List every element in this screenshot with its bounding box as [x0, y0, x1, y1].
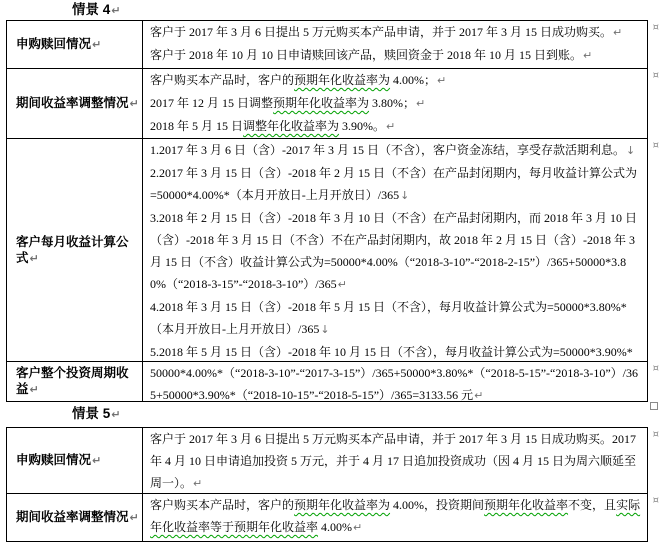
row-content-cell[interactable]: 1.2017 年 3 月 6 日（含）-2017 年 3 月 15 日（不含），…	[143, 139, 647, 361]
paragraph-mark: ↓	[399, 189, 409, 202]
text-segment: 3.80%；	[369, 96, 415, 110]
text-segment: 2.2017 年 3 月 15 日（含）-2018 年 2 月 15 日（不含）…	[150, 166, 637, 202]
text-segment: 1.2017 年 3 月 6 日（含）-2017 年 3 月 15 日（不含），…	[150, 143, 625, 157]
table-row: 客户整个投资周期收益↵50000*4.00%*（“2018-3-10”-“201…	[7, 361, 647, 401]
text-segment: 5.2018 年 5 月 15 日（含）-2018 年 10 月 15 日（不含…	[150, 345, 633, 361]
paragraph: 3.2018 年 2 月 15 日（含）-2018 年 3 月 10 日（不含）…	[150, 207, 642, 296]
row-content-cell[interactable]: 客户于 2017 年 3 月 6 日提出 5 万元购买本产品申请，并于 2017…	[143, 428, 647, 493]
text-segment: 客户于 2017 年 3 月 6 日提出 5 万元购买本产品申请，并于 2017…	[150, 25, 612, 39]
text-segment: 4.00%	[318, 520, 352, 534]
paragraph-mark: ↵	[352, 521, 362, 534]
paragraph: 客户于 2017 年 3 月 6 日提出 5 万元购买本产品申请，并于 2017…	[150, 428, 642, 493]
paragraph-mark: ↵	[110, 408, 120, 421]
paragraph-mark: ↵	[91, 38, 101, 51]
row-label-cell[interactable]: 期间收益率调整情况↵	[7, 494, 143, 541]
section-title-text: 情景 4	[72, 2, 110, 17]
paragraph-mark: ↵	[29, 252, 39, 265]
paragraph-mark: ↵	[129, 97, 139, 110]
paragraph-mark: ↵	[110, 4, 120, 17]
table-row: 申购赎回情况↵客户于 2017 年 3 月 6 日提出 5 万元购买本产品申请，…	[7, 21, 647, 68]
row-label: 期间收益率调整情况↵	[16, 509, 139, 526]
paragraph: 2017 年 12 月 15 日调整预期年化收益率为 3.80%；↵	[150, 92, 642, 115]
row-label-text: 期间收益率调整情况	[16, 96, 129, 110]
grammar-checked-text: 预期年化收益率为	[294, 498, 390, 512]
row-label: 客户整个投资周期收益↵	[16, 365, 140, 398]
paragraph: 客户于 2017 年 3 月 6 日提出 5 万元购买本产品申请，并于 2017…	[150, 21, 642, 44]
paragraph: 2.2017 年 3 月 15 日（含）-2018 年 2 月 15 日（不含）…	[150, 162, 642, 207]
end-of-row-mark: ¤	[653, 141, 659, 151]
text-segment: 4.2018 年 3 月 15 日（含）-2018 年 5 月 15 日（不含）…	[150, 300, 627, 336]
text-segment: 2017 年 12 月 15 日调整	[150, 96, 273, 110]
section-title[interactable]: 情景 4↵	[72, 2, 659, 20]
end-of-row-mark: ¤	[653, 430, 659, 440]
end-of-row-mark: ¤	[653, 23, 659, 33]
scenario-table: 申购赎回情况↵客户于 2017 年 3 月 6 日提出 5 万元购买本产品申请，…	[6, 20, 648, 402]
paragraph-mark: ↵	[29, 383, 39, 396]
paragraph-mark: ↓	[625, 144, 635, 157]
row-label-cell[interactable]: 申购赎回情况↵	[7, 428, 143, 493]
text-segment: 客户于 2018 年 10 月 10 日申请赎回该产品，赎回资金于 2018 年…	[150, 48, 582, 62]
row-label: 申购赎回情况↵	[16, 452, 101, 469]
text-segment: 4.00%，投资期间	[390, 498, 484, 512]
row-label: 期间收益率调整情况↵	[16, 95, 139, 112]
end-of-row-mark: ¤	[653, 71, 659, 81]
paragraph-mark: ↓	[319, 323, 329, 336]
text-segment: 50000*4.00%*（“2018-3-10”-“2017-3-15”）/36…	[150, 366, 638, 401]
section-title-text: 情景 5	[72, 406, 110, 421]
table-row: 期间收益率调整情况↵客户购买本产品时，客户的预期年化收益率为 4.00%，投资期…	[7, 493, 647, 541]
paragraph-mark: ↵	[582, 49, 592, 62]
paragraph: 5.2018 年 5 月 15 日（含）-2018 年 10 月 15 日（不含…	[150, 341, 642, 361]
section-title[interactable]: 情景 5↵	[72, 406, 659, 424]
table-row: 申购赎回情况↵客户于 2017 年 3 月 6 日提出 5 万元购买本产品申请，…	[7, 428, 647, 493]
paragraph: 客户购买本产品时，客户的预期年化收益率为 4.00%；↵	[150, 69, 642, 92]
row-label: 客户每月收益计算公式↵	[16, 234, 140, 267]
row-label-text: 申购赎回情况	[16, 453, 91, 467]
end-of-row-mark: ¤	[653, 364, 659, 374]
row-content-cell[interactable]: 客户于 2017 年 3 月 6 日提出 5 万元购买本产品申请，并于 2017…	[143, 21, 647, 68]
word-document-page: 情景 4↵申购赎回情况↵客户于 2017 年 3 月 6 日提出 5 万元购买本…	[0, 0, 659, 542]
row-label-cell[interactable]: 期间收益率调整情况↵	[7, 69, 143, 138]
paragraph-mark: ↵	[91, 454, 101, 467]
paragraph-mark: ↵	[129, 511, 139, 524]
grammar-checked-text: 预期年化收益率为	[273, 96, 369, 110]
paragraph: 客户购买本产品时，客户的预期年化收益率为 4.00%，投资期间预期年化收益率不变…	[150, 494, 642, 539]
text-segment: 客户于 2017 年 3 月 6 日提出 5 万元购买本产品申请，并于 2017…	[150, 432, 636, 490]
row-content-cell[interactable]: 客户购买本产品时，客户的预期年化收益率为 4.00%；↵2017 年 12 月 …	[143, 69, 647, 138]
paragraph: 2018 年 5 月 15 日调整年化收益率为 3.90%。↵	[150, 115, 642, 138]
table-row: 期间收益率调整情况↵客户购买本产品时，客户的预期年化收益率为 4.00%；↵20…	[7, 68, 647, 138]
text-segment: 不变，且	[568, 498, 616, 512]
paragraph-mark: ↵	[385, 120, 395, 133]
grammar-checked-text: 预期年化收益率为	[294, 73, 390, 87]
row-label-text: 申购赎回情况	[16, 37, 91, 51]
paragraph-mark: ↵	[337, 278, 347, 291]
paragraph-mark: ↵	[436, 74, 446, 87]
row-content-cell[interactable]: 客户购买本产品时，客户的预期年化收益率为 4.00%，投资期间预期年化收益率不变…	[143, 494, 647, 541]
row-label-cell[interactable]: 客户整个投资周期收益↵	[7, 362, 143, 401]
paragraph: 客户于 2018 年 10 月 10 日申请赎回该产品，赎回资金于 2018 年…	[150, 44, 642, 67]
paragraph: 50000*4.00%*（“2018-3-10”-“2017-3-15”）/36…	[150, 362, 642, 401]
grammar-checked-text: 预期年化收益率	[484, 498, 568, 512]
end-of-row-mark: ¤	[653, 496, 659, 506]
paragraph-mark: ↵	[415, 97, 425, 110]
paragraph-mark: ↵	[192, 477, 202, 490]
row-content-cell[interactable]: 50000*4.00%*（“2018-3-10”-“2017-3-15”）/36…	[143, 362, 647, 401]
row-label: 申购赎回情况↵	[16, 36, 101, 53]
row-label-cell[interactable]: 客户每月收益计算公式↵	[7, 139, 143, 361]
text-segment: 2018 年 5 月 15 日	[150, 119, 243, 133]
paragraph-mark: ↵	[612, 26, 622, 39]
grammar-checked-text: 调整年化收益率为	[243, 119, 339, 133]
row-label-text: 期间收益率调整情况	[16, 510, 129, 524]
row-label-cell[interactable]: 申购赎回情况↵	[7, 21, 143, 68]
scenario-table: 申购赎回情况↵客户于 2017 年 3 月 6 日提出 5 万元购买本产品申请，…	[6, 427, 648, 542]
paragraph: 1.2017 年 3 月 6 日（含）-2017 年 3 月 15 日（不含），…	[150, 139, 642, 162]
text-segment: 3.90%。	[339, 119, 385, 133]
text-segment: 客户购买本产品时，客户的	[150, 498, 294, 512]
paragraph-mark: ↵	[473, 389, 483, 401]
paragraph: 4.2018 年 3 月 15 日（含）-2018 年 5 月 15 日（不含）…	[150, 296, 642, 341]
text-segment: 4.00%；	[390, 73, 436, 87]
table-row: 客户每月收益计算公式↵1.2017 年 3 月 6 日（含）-2017 年 3 …	[7, 138, 647, 361]
text-segment: 客户购买本产品时，客户的	[150, 73, 294, 87]
table-resize-handle[interactable]	[650, 402, 658, 410]
text-segment: 3.2018 年 2 月 15 日（含）-2018 年 3 月 10 日（不含）…	[150, 211, 637, 291]
